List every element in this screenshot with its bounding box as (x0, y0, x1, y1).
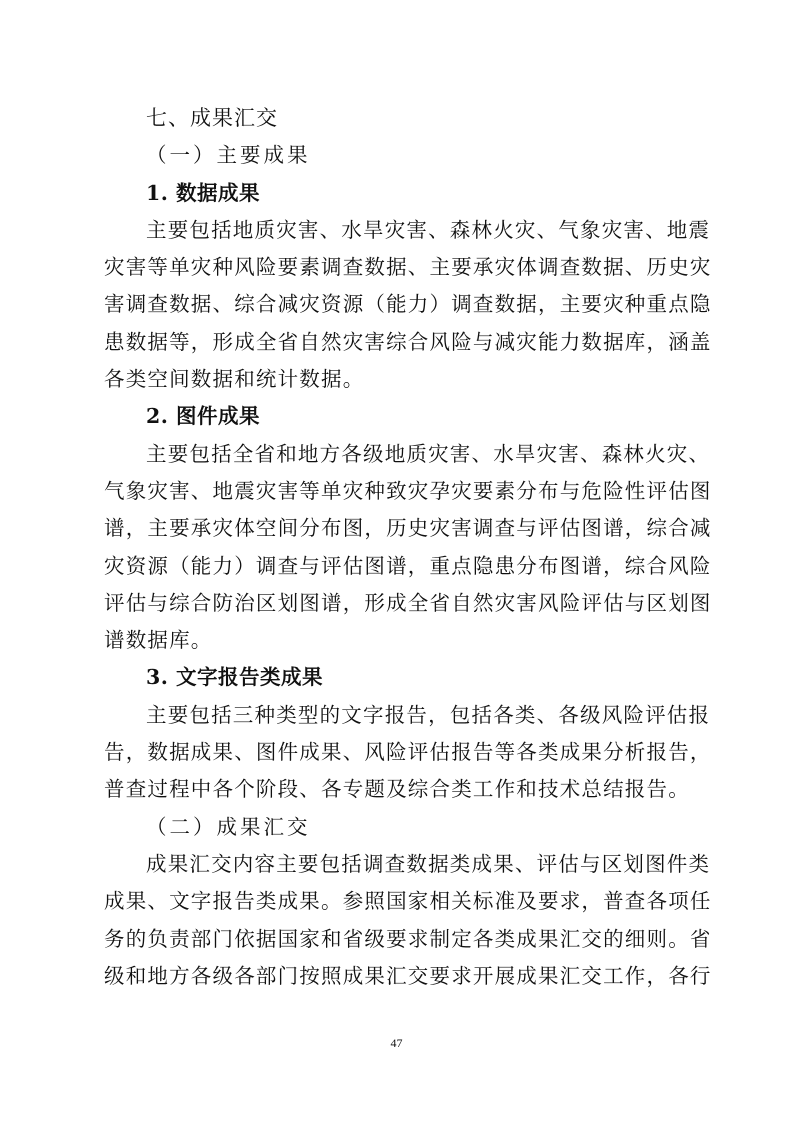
paragraph-line: 主要包括全省和地方各级地质灾害、水旱灾害、森林火灾、 (104, 436, 690, 473)
subsection-title-main-results: （一）主要成果 (104, 137, 690, 174)
heading-map-results: 2. 图件成果 (104, 398, 690, 435)
section-title: 七、成果汇交 (104, 100, 690, 137)
paragraph-line: 告，数据成果、图件成果、风险评估报告等各类成果分析报告， (104, 734, 690, 771)
page-number: 47 (0, 1036, 793, 1051)
paragraph-line: 主要包括地质灾害、水旱灾害、森林火灾、气象灾害、地震 (104, 212, 690, 249)
heading-report-results: 3. 文字报告类成果 (104, 659, 690, 696)
document-page: 七、成果汇交 （一）主要成果 1. 数据成果 主要包括地质灾害、水旱灾害、森林火… (104, 100, 690, 995)
paragraph-line: 普查过程中各个阶段、各专题及综合类工作和技术总结报告。 (104, 771, 690, 808)
paragraph-line: 灾资源（能力）调查与评估图谱，重点隐患分布图谱，综合风险 (104, 548, 690, 585)
paragraph-line: 谱，主要承灾体空间分布图，历史灾害调查与评估图谱，综合减 (104, 510, 690, 547)
paragraph-line: 务的负责部门依据国家和省级要求制定各类成果汇交的细则。省 (104, 921, 690, 958)
paragraph-line: 成果汇交内容主要包括调查数据类成果、评估与区划图件类 (104, 846, 690, 883)
paragraph-line: 灾害等单灾种风险要素调查数据、主要承灾体调查数据、历史灾 (104, 249, 690, 286)
paragraph-line: 级和地方各级各部门按照成果汇交要求开展成果汇交工作，各行 (104, 958, 690, 995)
subsection-title-submission: （二）成果汇交 (104, 809, 690, 846)
paragraph-line: 谱数据库。 (104, 622, 690, 659)
paragraph-line: 各类空间数据和统计数据。 (104, 361, 690, 398)
paragraph-line: 患数据等，形成全省自然灾害综合风险与减灾能力数据库，涵盖 (104, 324, 690, 361)
paragraph-line: 成果、文字报告类成果。参照国家相关标准及要求，普查各项任 (104, 883, 690, 920)
paragraph-line: 主要包括三种类型的文字报告，包括各类、各级风险评估报 (104, 697, 690, 734)
paragraph-line: 害调查数据、综合减灾资源（能力）调查数据，主要灾种重点隐 (104, 286, 690, 323)
paragraph-line: 评估与综合防治区划图谱，形成全省自然灾害风险评估与区划图 (104, 585, 690, 622)
paragraph-line: 气象灾害、地震灾害等单灾种致灾孕灾要素分布与危险性评估图 (104, 473, 690, 510)
heading-data-results: 1. 数据成果 (104, 175, 690, 212)
